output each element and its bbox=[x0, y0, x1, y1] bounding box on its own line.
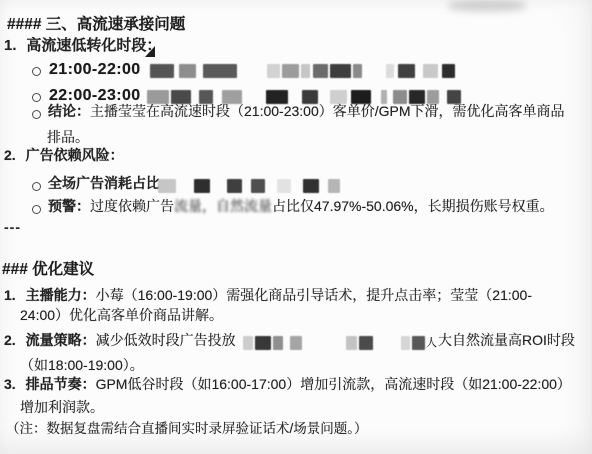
section2-heading: ### 优化建议 bbox=[2, 261, 94, 280]
conclusion-label: 结论： bbox=[48, 103, 90, 119]
opt3-line2: 增加利润款。 bbox=[20, 399, 104, 416]
opt1-number: 1. bbox=[4, 287, 16, 303]
horizontal-rule: --- bbox=[4, 219, 21, 236]
opt2-line2: （如18:00-19:00）。 bbox=[20, 357, 144, 374]
item2-number: 2. bbox=[4, 147, 16, 163]
timeslot-1: 21:00-22:00 bbox=[49, 60, 141, 79]
redaction-strip-3 bbox=[158, 178, 340, 194]
item1-number: 1. bbox=[4, 37, 17, 54]
typing-cursor-icon bbox=[145, 46, 155, 57]
redaction-strip-4 bbox=[243, 335, 425, 351]
opt2-tail: 人大自然流量高ROI时段 bbox=[426, 332, 575, 350]
document-photo: #### 三、高流速承接问题 1. 高流速低转化时段： 21:00-22:00 … bbox=[0, 0, 592, 454]
opt3-label: 排品节奏： bbox=[26, 376, 96, 392]
partial-char: 人 bbox=[426, 337, 437, 349]
section1-heading: #### 三、高流速承接问题 bbox=[7, 16, 185, 35]
opt-item-3: 3. 排品节奏：GPM低谷时段（如16:00-17:00）增加引流款，高流速时段… bbox=[4, 376, 571, 393]
opt3-text: GPM低谷时段（如16:00-17:00）增加引流款，高流速时段（如21:00-… bbox=[96, 376, 571, 392]
opt-item-2: 2. 流量策略：减少低效时段广告投放 bbox=[4, 332, 236, 349]
warning-text-blurred: 流量，自然流量 bbox=[174, 198, 272, 214]
conclusion-line1: 结论：主播莹莹在高流速时段（21:00-23:00）客单价/GPM下滑，需优化高… bbox=[48, 103, 565, 120]
bullet-icon bbox=[32, 182, 41, 191]
opt2-number: 2. bbox=[4, 332, 16, 348]
warning-line: 预警：过度依赖广告流量，自然流量占比仅47.97%-50.06%，长期损伤账号权… bbox=[48, 198, 554, 215]
warning-label: 预警： bbox=[48, 198, 90, 214]
conclusion-line2: 排品。 bbox=[47, 129, 89, 146]
warning-text-pre: 过度依赖广告 bbox=[90, 198, 174, 214]
redaction-strip-1 bbox=[150, 63, 455, 79]
opt-item-1: 1. 主播能力：小莓（16:00-19:00）需强化商品引导话术，提升点击率；莹… bbox=[4, 287, 532, 304]
footnote: （注：数据复盘需结合直播间实时录屏验证话术/场景问题。） bbox=[6, 421, 368, 437]
ad-cost-label: 全场广告消耗占比 bbox=[48, 175, 160, 192]
bullet-icon bbox=[32, 110, 41, 119]
opt1-text: 小莓（16:00-19:00）需强化商品引导话术，提升点击率；莹莹（21:00- bbox=[96, 287, 532, 303]
bullet-icon bbox=[32, 67, 41, 76]
item2-label: 广告依赖风险： bbox=[26, 147, 124, 163]
item1-label: 高流速低转化时段： bbox=[26, 37, 161, 54]
opt1-label: 主播能力： bbox=[26, 287, 96, 303]
list-item-1: 1. 高流速低转化时段： bbox=[4, 37, 161, 55]
conclusion-text: 主播莹莹在高流速时段（21:00-23:00）客单价/GPM下滑，需优化高客单商… bbox=[90, 103, 565, 119]
opt3-number: 3. bbox=[4, 376, 16, 392]
list-item-2: 2. 广告依赖风险： bbox=[4, 147, 124, 164]
bullet-icon bbox=[32, 93, 41, 102]
bullet-icon bbox=[32, 205, 41, 214]
opt2-text-tail: 大自然流量高ROI时段 bbox=[438, 332, 575, 348]
opt1-line2: 24:00）优化高客单价商品讲解。 bbox=[20, 307, 223, 324]
warning-text-post: 占比仅47.97%-50.06%，长期损伤账号权重。 bbox=[272, 198, 554, 214]
opt2-text-pre: 减少低效时段广告投放 bbox=[96, 332, 236, 348]
erased-smudge bbox=[448, 0, 526, 11]
opt2-label: 流量策略： bbox=[26, 332, 96, 348]
